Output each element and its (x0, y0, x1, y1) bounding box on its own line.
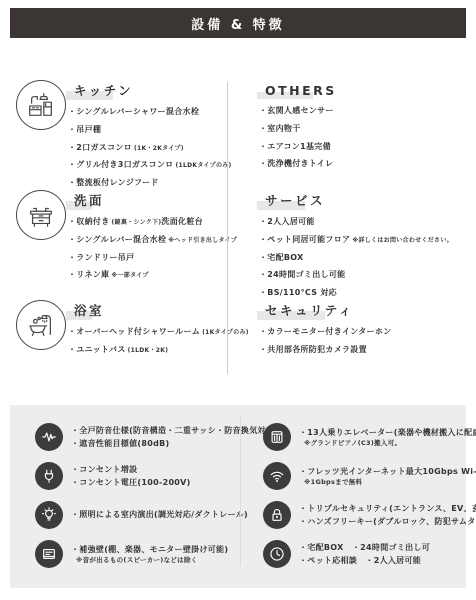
feature-line: ・フレッツ光インターネット最大10Gbps Wi-Fi付 (299, 465, 466, 478)
feature-item: ・吊戸棚 (68, 126, 232, 135)
panel-left-column: ・全戸防音仕様(防音構造・二重サッシ・防音換気対応) ・遮音性能目標値(80dB… (10, 423, 238, 568)
feature-text: ・グリル付き3口ガスコンロ (68, 160, 173, 169)
section-others: OTHERS ・玄関人感センサー ・室内物干 ・エアコン1基完備 ・洗浄機付きト… (259, 80, 466, 190)
left-column: キッチン ・シングルレバーシャワー混合水栓 ・吊戸棚 ・2口ガスコンロ(1K・2… (10, 80, 237, 395)
feature-line: ・照明による室内演出(調光対応/ダクトレール) (71, 508, 238, 521)
feature-row-soundproof: ・全戸防音仕様(防音構造・二重サッシ・防音換気対応) ・遮音性能目標値(80dB… (35, 423, 238, 451)
feature-line: ・補強壁(棚、楽器、モニター壁掛け可能) (71, 543, 228, 556)
bath-feature-list: ・オーバーヘッド付シャワールーム(1Kタイプのみ) ・ユニットバス(1LDK・2… (68, 328, 237, 355)
feature-item: ・24時間ゴミ出し可能 (259, 271, 453, 280)
section-title-service: サービス (259, 191, 325, 209)
feature-item: ・ランドリー吊戸 (68, 254, 237, 263)
feature-line: ・遮音性能目標値(80dB) (71, 437, 238, 450)
feature-line: ・全戸防音仕様(防音構造・二重サッシ・防音換気対応) (71, 424, 238, 437)
feature-row-outlet: ・コンセント増設 ・コンセント電圧(100-200V) (35, 462, 238, 490)
feature-text: ・ユニットバス (68, 345, 126, 354)
right-column: OTHERS ・玄関人感センサー ・室内物干 ・エアコン1基完備 ・洗浄機付きト… (237, 80, 466, 395)
feature-item: ・グリル付き3口ガスコンロ(1LDKタイプのみ) (68, 161, 232, 170)
feature-item: ・リネン庫※一部タイプ (68, 271, 237, 280)
feature-text: ・24時間ゴミ出し可能 (259, 270, 345, 279)
wall-mount-icon (35, 540, 63, 568)
feature-item: ・シングルレバーシャワー混合水栓 (68, 108, 232, 117)
plug-icon (35, 462, 63, 490)
section-title-security: セキュリティ (259, 301, 354, 319)
feature-text: ・シングルレバーシャワー混合水栓 (68, 107, 199, 116)
feature-row-reinforced-wall: ・補強壁(棚、楽器、モニター壁掛け可能) ※音が出るもの(スピーカー)などは除く (35, 540, 238, 568)
feature-line: ・13人乗りエレベーター(楽器や機材搬入に配慮) (299, 426, 466, 439)
feature-row-security: ・トリプルセキュリティ(エントランス、EV、玄関ドア) ・ハンズフリーキー(ダブ… (263, 501, 466, 529)
feature-note-line: ※音が出るもの(スピーカー)などは除く (71, 556, 228, 566)
features-top-area: キッチン ・シングルレバーシャワー混合水栓 ・吊戸棚 ・2口ガスコンロ(1K・2… (0, 38, 476, 395)
feature-item: ・カラーモニター付きインターホン (259, 328, 393, 337)
elevator-icon (263, 423, 291, 451)
feature-item: ・宅配BOX (259, 254, 453, 263)
feature-item: ・2人入居可能 (259, 218, 453, 227)
feature-line: ・コンセント増設 (71, 463, 191, 476)
feature-line: ・ハンズフリーキー(ダブルロック、防犯サムターン) (299, 515, 466, 528)
kitchen-icon (16, 80, 66, 130)
feature-item: ・共用部各所防犯カメラ設置 (259, 346, 393, 355)
feature-note: (1LDKタイプのみ) (175, 162, 231, 169)
feature-text: ・宅配BOX (259, 253, 304, 262)
feature-item: ・2口ガスコンロ(1K・2Kタイプ) (68, 144, 232, 153)
feature-line: ・トリプルセキュリティ(エントランス、EV、玄関ドア) (299, 502, 466, 515)
feature-text: ・洗浄機付きトイレ (259, 159, 333, 168)
bathtub-icon (16, 300, 66, 350)
washroom-feature-list: ・収納付き(鏡裏・シンク下)洗面化粧台 ・シングルレバー混合水栓※ヘッド引き出し… (68, 218, 237, 280)
feature-item: ・整流板付レンジフード (68, 179, 232, 188)
section-title-kitchen: キッチン (68, 81, 133, 99)
lock-icon (263, 501, 291, 529)
feature-text: ・カラーモニター付きインターホン (259, 327, 391, 336)
section-washroom: 洗面 ・収納付き(鏡裏・シンク下)洗面化粧台 ・シングルレバー混合水栓※ヘッド引… (10, 190, 237, 300)
feature-text: ・整流板付レンジフード (68, 178, 159, 187)
feature-item: ・BS/110°CS 対応 (259, 289, 453, 298)
column-divider (227, 82, 228, 374)
feature-text: ・共用部各所防犯カメラ設置 (259, 345, 367, 354)
feature-item: ・オーバーヘッド付シャワールーム(1Kタイプのみ) (68, 328, 237, 337)
kitchen-feature-list: ・シングルレバーシャワー混合水栓 ・吊戸棚 ・2口ガスコンロ(1K・2Kタイプ)… (68, 108, 232, 188)
highlight-features-panel: ・全戸防音仕様(防音構造・二重サッシ・防音換気対応) ・遮音性能目標値(80dB… (10, 405, 466, 588)
feature-item: ・玄関人感センサー (259, 107, 337, 116)
wifi-icon (263, 462, 291, 490)
feature-note: ※詳しくはお問い合わせください。 (352, 237, 453, 244)
feature-tail: 洗面化粧台 (161, 217, 203, 226)
section-title-washroom: 洗面 (68, 191, 104, 209)
feature-text: ・シングルレバー混合水栓 (68, 235, 166, 244)
feature-row-lighting: ・照明による室内演出(調光対応/ダクトレール) (35, 501, 238, 529)
feature-text: ・オーバーヘッド付シャワールーム (68, 327, 200, 336)
others-feature-list: ・玄関人感センサー ・室内物干 ・エアコン1基完備 ・洗浄機付きトイレ (259, 107, 337, 169)
section-title-bath: 浴室 (68, 301, 104, 319)
feature-text: ・ペット同居可能フロア (259, 235, 350, 244)
feature-note: (1K・2Kタイプ) (134, 145, 184, 152)
feature-line: ・宅配BOX ・24時間ゴミ出し可 (299, 541, 430, 554)
section-title-others: OTHERS (259, 83, 337, 98)
panel-divider (240, 417, 241, 566)
washstand-icon (16, 190, 66, 240)
feature-row-convenience: ・宅配BOX ・24時間ゴミ出し可 ・ペット応相談 ・2人入居可能 (263, 540, 466, 568)
soundwave-icon (35, 423, 63, 451)
feature-text: ・エアコン1基完備 (259, 142, 331, 151)
feature-item: ・室内物干 (259, 125, 337, 134)
feature-note: ※一部タイプ (111, 272, 148, 279)
section-kitchen: キッチン ・シングルレバーシャワー混合水栓 ・吊戸棚 ・2口ガスコンロ(1K・2… (10, 80, 237, 190)
security-feature-list: ・カラーモニター付きインターホン ・共用部各所防犯カメラ設置 (259, 328, 393, 355)
feature-text: ・2口ガスコンロ (68, 143, 132, 152)
section-service: サービス ・2人入居可能 ・ペット同居可能フロア※詳しくはお問い合わせください。… (259, 190, 466, 300)
feature-text: ・BS/110°CS 対応 (259, 288, 337, 297)
service-feature-list: ・2人入居可能 ・ペット同居可能フロア※詳しくはお問い合わせください。 ・宅配B… (259, 218, 453, 298)
feature-item: ・洗浄機付きトイレ (259, 160, 337, 169)
clock-icon (263, 540, 291, 568)
feature-text: ・収納付き (68, 217, 110, 226)
feature-text: ・リネン庫 (68, 270, 109, 279)
feature-note-line: ※グランドピアノ(C3)搬入可。 (299, 439, 466, 449)
feature-text: ・ランドリー吊戸 (68, 253, 134, 262)
page-title-bar: 設備 & 特徴 (10, 8, 466, 38)
feature-row-elevator: ・13人乗りエレベーター(楽器や機材搬入に配慮) ※グランドピアノ(C3)搬入可… (263, 423, 466, 451)
feature-item: ・収納付き(鏡裏・シンク下)洗面化粧台 (68, 218, 237, 227)
panel-right-column: ・13人乗りエレベーター(楽器や機材搬入に配慮) ※グランドピアノ(C3)搬入可… (238, 423, 466, 568)
feature-row-internet: ・フレッツ光インターネット最大10Gbps Wi-Fi付 ※1Gbpsまで無料 (263, 462, 466, 490)
feature-line: ・コンセント電圧(100-200V) (71, 476, 191, 489)
feature-note-line: ※1Gbpsまで無料 (299, 478, 466, 488)
page-title: 設備 & 特徴 (191, 14, 284, 33)
feature-line: ・ペット応相談 ・2人入居可能 (299, 554, 430, 567)
feature-text: ・玄関人感センサー (259, 106, 334, 115)
feature-text: ・吊戸棚 (68, 125, 101, 134)
section-security: セキュリティ ・カラーモニター付きインターホン ・共用部各所防犯カメラ設置 (259, 300, 466, 395)
feature-note: (1LDK・2K) (128, 347, 169, 354)
feature-text: ・2人入居可能 (259, 217, 315, 226)
feature-item: ・エアコン1基完備 (259, 143, 337, 152)
lightbulb-icon (35, 501, 63, 529)
feature-note: (鏡裏・シンク下) (112, 219, 162, 226)
feature-text: ・室内物干 (259, 124, 301, 133)
section-bath: 浴室 ・オーバーヘッド付シャワールーム(1Kタイプのみ) ・ユニットバス(1LD… (10, 300, 237, 395)
feature-item: ・シングルレバー混合水栓※ヘッド引き出しタイプ (68, 236, 237, 245)
feature-item: ・ユニットバス(1LDK・2K) (68, 346, 237, 355)
feature-item: ・ペット同居可能フロア※詳しくはお問い合わせください。 (259, 236, 453, 245)
